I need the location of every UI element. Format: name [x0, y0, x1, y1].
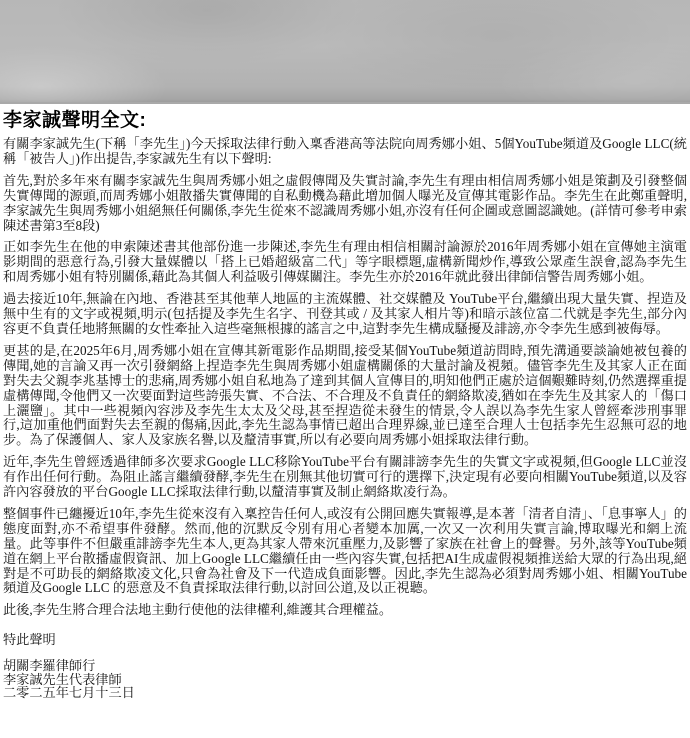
statement-intro: 有關李家誠先生(下稱「李先生」)今天採取法律行動入稟香港高等法院向周秀娜小姐、5… [3, 137, 687, 167]
statement-paragraph-2: 正如李先生在他的申索陳述書其他部份進一步陳述,李先生有理由相信相關討論源於201… [3, 240, 687, 285]
signature-firm: 胡關李羅律師行 [3, 659, 687, 673]
statement-document: 李家誠聲明全文: 有關李家誠先生(下稱「李先生」)今天採取法律行動入稟香港高等法… [0, 104, 690, 700]
statement-paragraph-4: 更甚的是,在2025年6月,周秀娜小姐在宣傳其新電影作品期間,接受某個YouTu… [3, 344, 687, 448]
statement-paragraph-1: 首先,對於多年來有關李家誠先生與周秀娜小姐之虛假傳聞及失實討論,李先生有理由相信… [3, 174, 687, 234]
statement-paragraph-3: 過去接近10年,無論在內地、香港甚至其他華人地區的主流媒體、社交媒體及 YouT… [3, 292, 687, 337]
closing-line: 特此聲明 [3, 632, 687, 647]
signature-date: 二零二五年七月十三日 [3, 686, 687, 700]
statement-title: 李家誠聲明全文: [3, 110, 687, 132]
statement-paragraph-7: 此後,李先生將合理合法地主動行使他的法律權利,維護其合理權益。 [3, 603, 687, 618]
statement-paragraph-5: 近年,李先生曾經透過律師多次要求Google LLC移除YouTube平台有關誹… [3, 455, 687, 500]
statement-paragraph-6: 整個事件已纏擾近10年,李先生從來沒有入稟控告任何人,或沒有公開回應失實報導,是… [3, 507, 687, 596]
signature-block: 胡關李羅律師行 李家誠先生代表律師 二零二五年七月十三日 [3, 659, 687, 700]
blurred-header-image [0, 0, 690, 104]
